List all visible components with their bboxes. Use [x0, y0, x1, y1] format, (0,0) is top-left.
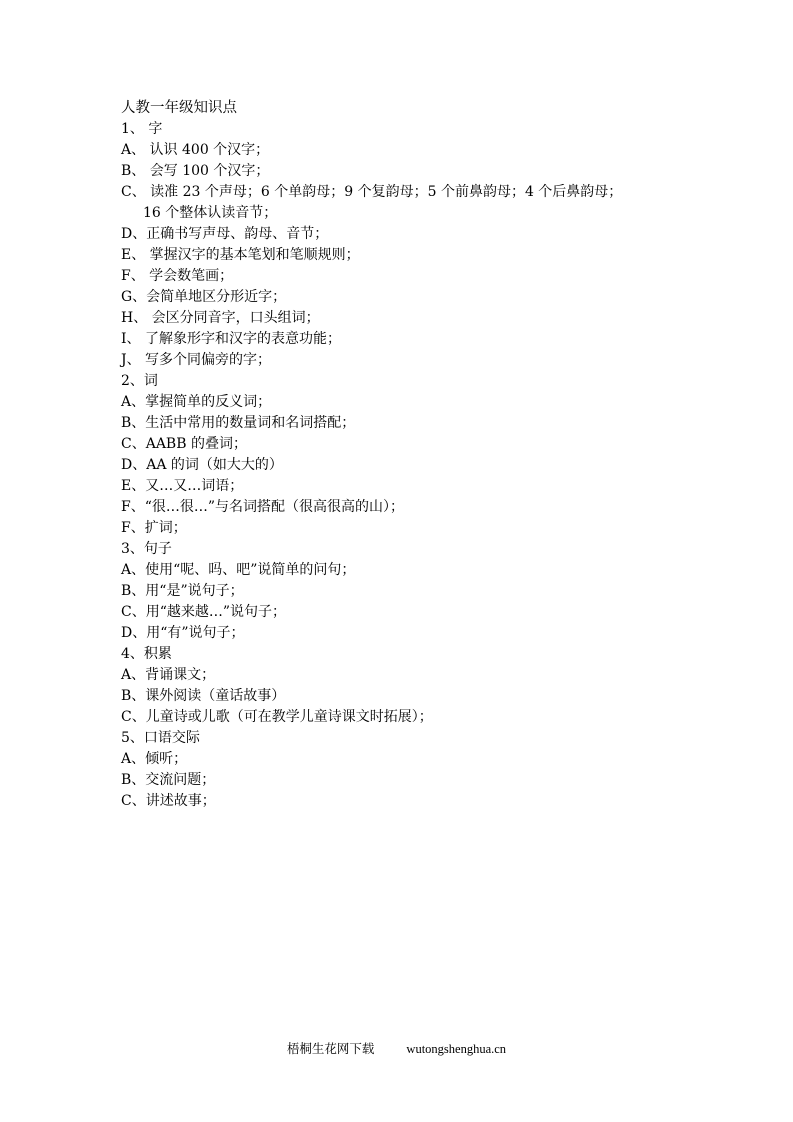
document-line: B、课外阅读（童话故事）	[121, 686, 681, 707]
document-body: 人教一年级知识点 1、 字A、 认识 400 个汉字；B、 会写 100 个汉字…	[121, 98, 681, 812]
document-line: E、又…又…词语；	[121, 476, 681, 497]
document-line: F、“很…很…”与名词搭配（很高很高的山）；	[121, 497, 681, 518]
document-line: F、扩词；	[121, 518, 681, 539]
document-line: D、AA 的词（如大大的）	[121, 455, 681, 476]
document-line: F、 学会数笔画；	[121, 266, 681, 287]
document-line: A、倾听；	[121, 749, 681, 770]
document-line: D、用“有”说句子；	[121, 623, 681, 644]
footer-site-name: 梧桐生花网下载	[287, 1041, 375, 1056]
document-line: B、交流问题；	[121, 770, 681, 791]
document-line: C、 读准 23 个声母；6 个单韵母；9 个复韵母；5 个前鼻韵母；4 个后鼻…	[121, 182, 681, 203]
document-line: D、正确书写声母、韵母、音节；	[121, 224, 681, 245]
document-line: 1、 字	[121, 119, 681, 140]
document-line: H、 会区分同音字，口头组词；	[121, 308, 681, 329]
document-line: I、 了解象形字和汉字的表意功能；	[121, 329, 681, 350]
document-line: C、讲述故事；	[121, 791, 681, 812]
document-line: C、用“越来越…”说句子；	[121, 602, 681, 623]
document-line: C、儿童诗或儿歌（可在教学儿童诗课文时拓展）；	[121, 707, 681, 728]
document-line: E、 掌握汉字的基本笔划和笔顺规则；	[121, 245, 681, 266]
footer-site-url: wutongshenghua.cn	[406, 1042, 506, 1056]
document-line: B、用“是”说句子；	[121, 581, 681, 602]
document-line: 3、句子	[121, 539, 681, 560]
document-line: A、背诵课文；	[121, 665, 681, 686]
document-line: C、AABB 的叠词；	[121, 434, 681, 455]
document-line: A、使用“呢、吗、吧”说简单的问句；	[121, 560, 681, 581]
page-footer: 梧桐生花网下载 wutongshenghua.cn	[0, 1040, 793, 1058]
document-line: 4、积累	[121, 644, 681, 665]
document-line: J、 写多个同偏旁的字；	[121, 350, 681, 371]
document-line: A、掌握简单的反义词；	[121, 392, 681, 413]
document-line: G、会简单地区分形近字；	[121, 287, 681, 308]
document-title: 人教一年级知识点	[121, 98, 681, 119]
document-line: A、 认识 400 个汉字；	[121, 140, 681, 161]
document-line: B、 会写 100 个汉字；	[121, 161, 681, 182]
document-line: 16 个整体认读音节；	[121, 203, 681, 224]
document-line: B、生活中常用的数量词和名词搭配；	[121, 413, 681, 434]
document-lines: 1、 字A、 认识 400 个汉字；B、 会写 100 个汉字；C、 读准 23…	[121, 119, 681, 812]
document-line: 2、词	[121, 371, 681, 392]
document-line: 5、口语交际	[121, 728, 681, 749]
document-page: 人教一年级知识点 1、 字A、 认识 400 个汉字；B、 会写 100 个汉字…	[0, 0, 793, 1122]
